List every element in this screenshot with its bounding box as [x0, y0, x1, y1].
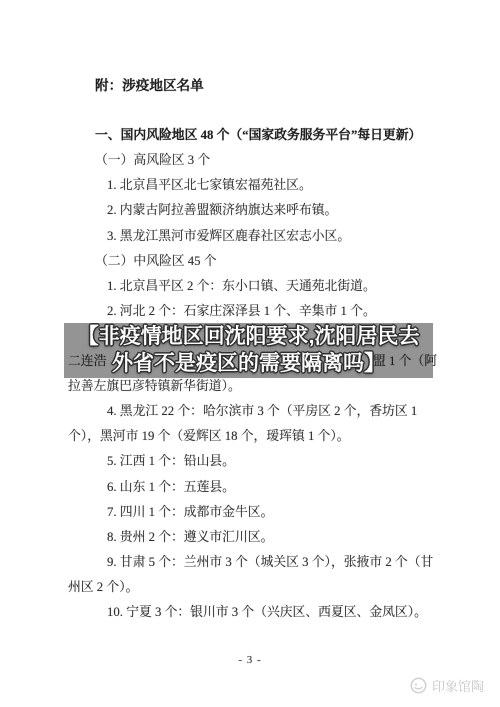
banner-line-1: 【非疫情地区回沈阳要求,沈阳居民去 — [78, 324, 420, 351]
banner-line-2: 外省不是疫区的需要隔离吗】 — [112, 351, 385, 378]
doc-line: 州区 2 个）。 — [68, 575, 437, 600]
doc-line: 10. 宁夏 3 个：银川市 3 个（兴庆区、西夏区、金凤区）。 — [68, 600, 437, 625]
doc-line: 8. 贵州 2 个：遵义市汇川区。 — [68, 525, 437, 550]
banner-text: 【非疫情地区回沈阳要求,沈阳居民去 外省不是疫区的需要隔离吗】 — [64, 323, 433, 378]
doc-line: 个），黑河市 19 个（爱辉区 18 个，瑷珲镇 1 个）。 — [68, 424, 437, 449]
doc-line: 1. 北京昌平区 2 个：东小口镇、天通苑北街道。 — [68, 274, 437, 299]
doc-line: 6. 山东 1 个：五莲县。 — [68, 475, 437, 500]
doc-line: 一、国内风险地区 48 个（“国家政务服务平台”每日更新） — [68, 123, 437, 148]
doc-line: 9. 甘肃 5 个：兰州市 3 个（城关区 3 个），张掖市 2 个（甘 — [68, 550, 437, 575]
doc-line: 1. 北京昌平区北七家镇宏福苑社区。 — [68, 173, 437, 198]
scanned-document-page: 附：涉疫地区名单 一、国内风险地区 48 个（“国家政务服务平台”每日更新）（一… — [0, 0, 500, 707]
overlay-headline-banner: 【非疫情地区回沈阳要求,沈阳居民去 外省不是疫区的需要隔离吗】 — [64, 323, 433, 378]
watermark-label: 印象馆陶 — [432, 676, 484, 695]
doc-line: （二）中风险区 45 个 — [68, 249, 437, 274]
doc-line: 2. 河北 2 个：石家庄深泽县 1 个、辛集市 1 个。 — [68, 299, 437, 324]
doc-line: 7. 四川 1 个：成都市金牛区。 — [68, 500, 437, 525]
doc-line: （一）高风险区 3 个 — [68, 148, 437, 173]
doc-line: 5. 江西 1 个：铅山县。 — [68, 449, 437, 474]
doc-line: 2. 内蒙古阿拉善盟额济纳旗达来呼布镇。 — [68, 198, 437, 223]
page-number: - 3 - — [0, 654, 500, 666]
doc-line: 3. 黑龙江黑河市爱辉区鹿春社区宏志小区。 — [68, 224, 437, 249]
doc-line — [68, 98, 437, 123]
circle-logo-icon — [410, 677, 427, 694]
watermark: 印象馆陶 — [410, 676, 484, 695]
doc-line: 4. 黑龙江 22 个：哈尔滨市 3 个（平房区 2 个，香坊区 1 — [68, 399, 437, 424]
doc-line: 附：涉疫地区名单 — [68, 73, 437, 98]
